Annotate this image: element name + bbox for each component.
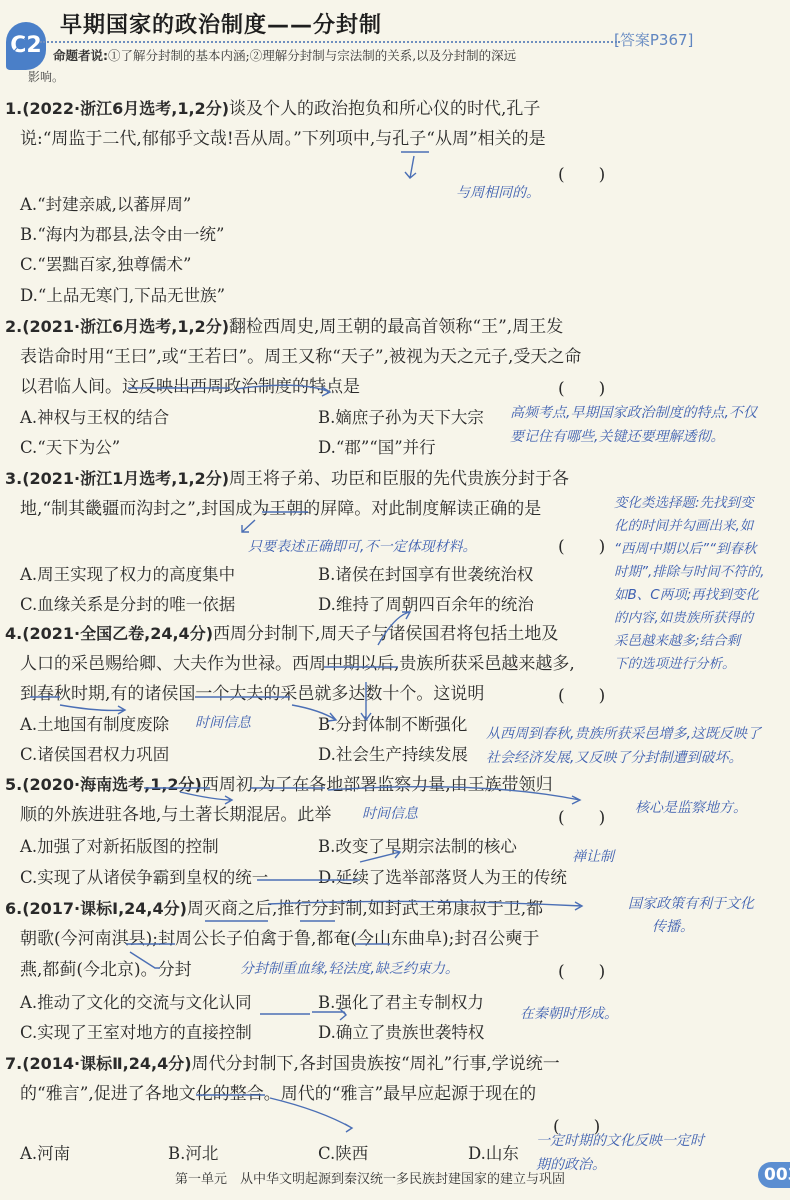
handwritten-annotation-arrows (0, 0, 790, 1200)
